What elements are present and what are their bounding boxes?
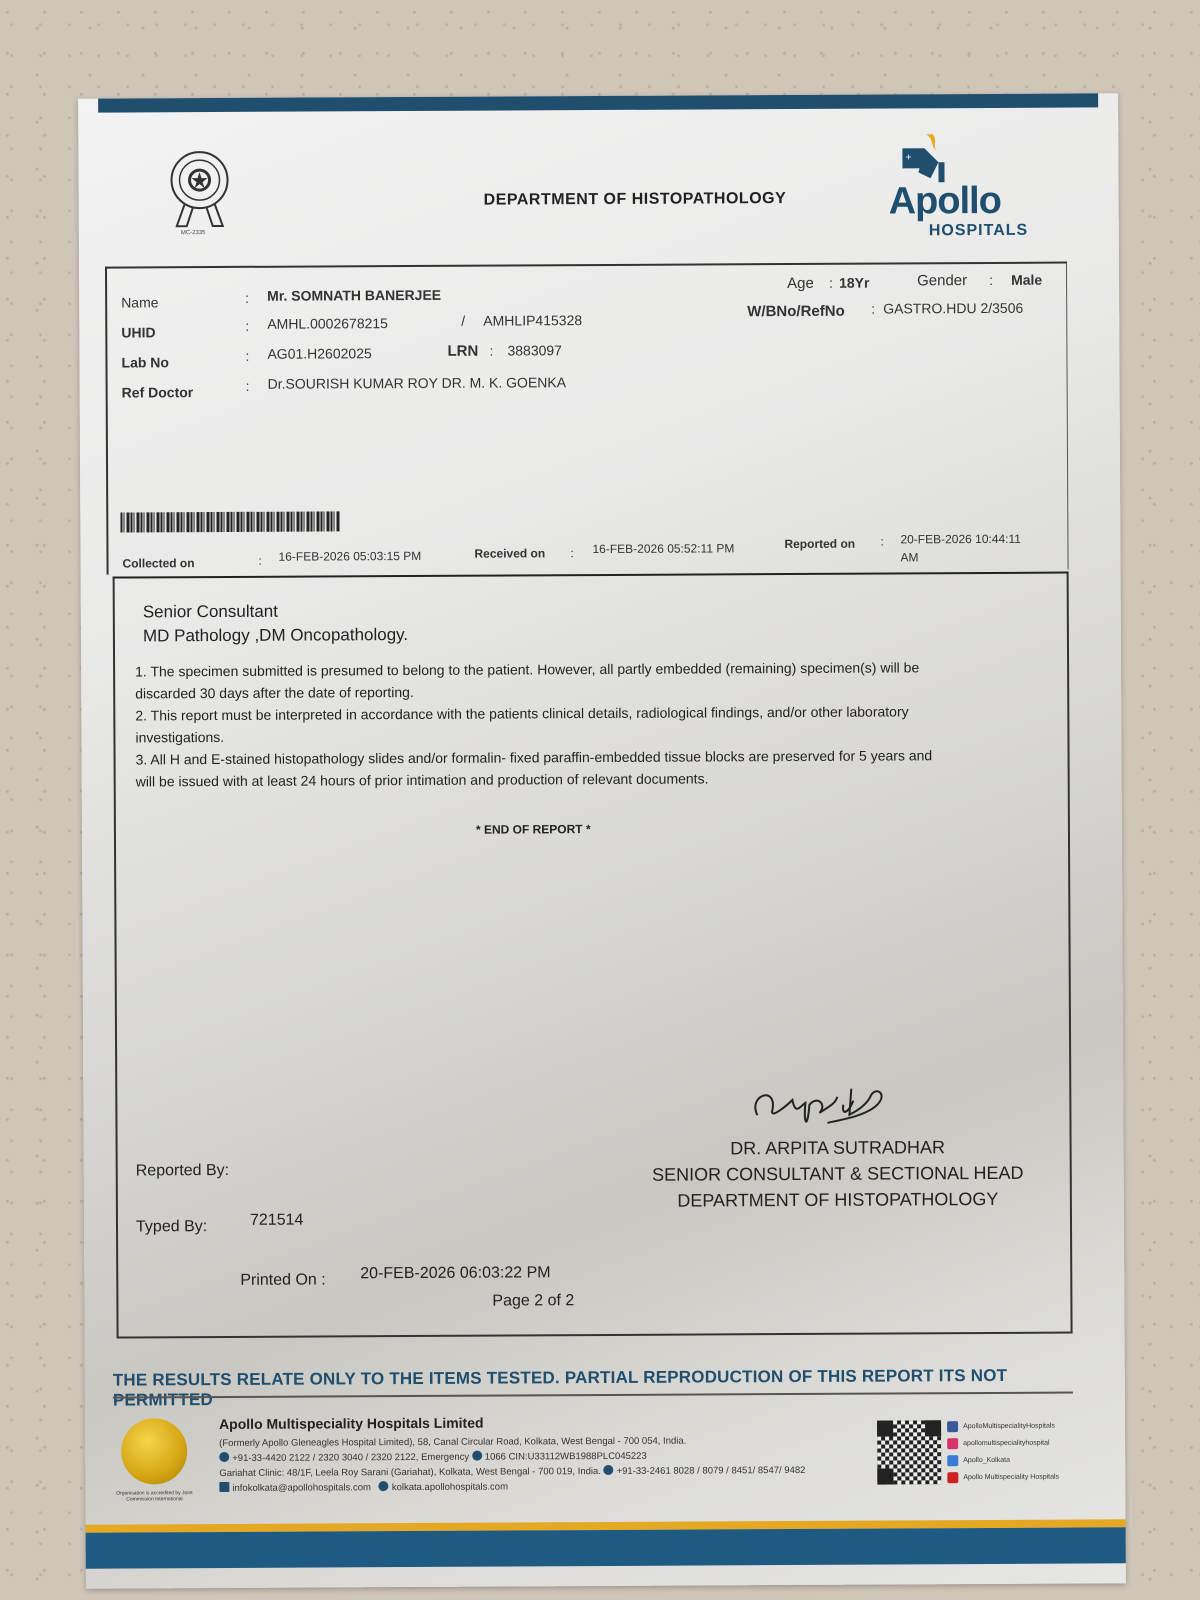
gender-value: Male <box>1011 272 1042 288</box>
instagram-icon <box>947 1438 958 1449</box>
note-2: 2. This report must be interpreted in ac… <box>135 700 935 748</box>
consultant-title: Senior Consultant <box>143 599 408 624</box>
signer-block: DR. ARPITA SUTRADHAR SENIOR CONSULTANT &… <box>638 1134 1038 1214</box>
report-notes: 1. The specimen submitted is presumed to… <box>135 656 936 792</box>
youtube-icon <box>947 1472 958 1483</box>
report-sheet: MC-2335 DEPARTMENT OF HISTOPATHOLOGY + A… <box>78 93 1126 1588</box>
clinic-phones: +91-33-2461 8028 / 8079 / 8451/ 8547/ 94… <box>617 1465 806 1477</box>
facebook-icon <box>947 1421 958 1432</box>
cin: CIN:U33112WB1988PLC045223 <box>509 1451 647 1463</box>
uhid-label: UHID <box>121 324 155 340</box>
jci-seal-icon <box>121 1418 187 1484</box>
social-youtube[interactable]: Apollo Multispeciality Hospitals <box>963 1474 1059 1482</box>
patient-details: Name : Mr. SOMNATH BANERJEE UHID : AMHL.… <box>105 262 1069 575</box>
disclaimer: THE RESULTS RELATE ONLY TO THE ITEMS TES… <box>113 1366 1073 1411</box>
patient-name: Mr. SOMNATH BANERJEE <box>267 287 441 304</box>
clinic-address: Gariahat Clinic: 48/1F, Leela Roy Sarani… <box>219 1466 601 1479</box>
website-link[interactable]: kolkata.apollohospitals.com <box>392 1482 508 1494</box>
age-value: 18Yr <box>839 275 869 291</box>
barcode <box>120 511 340 532</box>
colon: : <box>246 378 250 394</box>
social-instagram[interactable]: apollomultispecialityhospital <box>963 1440 1049 1447</box>
emergency-number: 1066 <box>485 1452 506 1463</box>
note-3: 3. All H and E-stained histopathology sl… <box>136 744 936 792</box>
colon: : <box>489 343 493 359</box>
social-twitter[interactable]: Apollo_Kolkata <box>963 1457 1010 1464</box>
ip-number: AMHLIP415328 <box>483 312 582 329</box>
received-label: Received on <box>474 546 545 560</box>
reported-by-label: Reported By: <box>136 1162 229 1180</box>
typed-by-label: Typed By: <box>136 1218 207 1236</box>
name-label: Name <box>121 294 158 310</box>
refdoc-value: Dr.SOURISH KUMAR ROY DR. M. K. GOENKA <box>268 374 567 392</box>
phone-icon <box>604 1465 614 1475</box>
qr-code <box>877 1420 941 1484</box>
globe-icon <box>379 1481 389 1491</box>
svg-text:+: + <box>905 152 911 163</box>
labno-label: Lab No <box>121 354 169 370</box>
collected-value: 16-FEB-2026 05:03:15 PM <box>278 549 421 564</box>
department-title: DEPARTMENT OF HISTOPATHOLOGY <box>484 190 787 210</box>
nabl-seal-icon <box>164 148 234 238</box>
end-of-report: * END OF REPORT * <box>476 822 591 837</box>
logo-hospitals-text: HOSPITALS <box>929 222 1028 241</box>
printed-on-value: 20-FEB-2026 06:03:22 PM <box>360 1264 550 1283</box>
social-facebook[interactable]: ApolloMultispecialityHospitals <box>963 1423 1055 1430</box>
colon: : <box>871 301 875 317</box>
received-value: 16-FEB-2026 05:52:11 PM <box>592 541 734 556</box>
bottom-blue-band <box>86 1527 1126 1568</box>
consultant-block: Senior Consultant MD Pathology ,DM Oncop… <box>143 599 408 648</box>
labno-value: AG01.H2602025 <box>267 345 371 362</box>
colon: : <box>989 272 993 288</box>
signature-icon <box>737 1074 927 1135</box>
phone-icon <box>472 1451 482 1461</box>
printed-on-label: Printed On : <box>240 1271 325 1289</box>
colon: : <box>880 535 883 549</box>
refdoc-label: Ref Doctor <box>122 384 194 400</box>
jci-text: Organisation is accredited by Joint Comm… <box>109 1490 199 1502</box>
top-band <box>98 93 1098 112</box>
colon: : <box>245 318 249 334</box>
seal-code: MC-2335 <box>181 230 206 236</box>
note-1: 1. The specimen submitted is presumed to… <box>135 656 935 704</box>
uhid-separator: / <box>461 313 465 329</box>
company-phones: +91-33-4420 2122 / 2320 3040 / 2320 2122… <box>232 1452 469 1464</box>
colon: : <box>245 348 249 364</box>
signer-title: SENIOR CONSULTANT & SECTIONAL HEAD <box>638 1160 1038 1188</box>
age-label: Age <box>787 275 814 292</box>
apollo-mark-icon: + <box>896 132 956 187</box>
lrn-label: LRN <box>447 343 478 360</box>
apollo-logo: + Apollo HOSPITALS <box>888 132 1049 243</box>
gender-label: Gender <box>917 272 967 289</box>
uhid-value: AMHL.0002678215 <box>267 315 388 332</box>
colon: : <box>258 554 261 568</box>
wb-label: W/BNo/RefNo <box>747 303 845 321</box>
colon: : <box>829 275 833 291</box>
email-link[interactable]: infokolkata@apollohospitals.com <box>232 1482 371 1494</box>
colon: : <box>245 290 249 306</box>
consultant-qualification: MD Pathology ,DM Oncopathology. <box>143 623 408 648</box>
signer-department: DEPARTMENT OF HISTOPATHOLOGY <box>638 1186 1038 1214</box>
reported-label: Reported on <box>784 537 855 551</box>
wb-value: GASTRO.HDU 2/3506 <box>883 300 1023 317</box>
social-links: ApolloMultispecialityHospitals apollomul… <box>947 1418 1059 1487</box>
report-body: Senior Consultant MD Pathology ,DM Oncop… <box>113 572 1073 1339</box>
lrn-value: 3883097 <box>507 342 562 358</box>
email-icon <box>219 1482 229 1492</box>
typed-by-value: 721514 <box>250 1212 303 1230</box>
phone-icon <box>219 1452 229 1462</box>
company-info: Apollo Multispeciality Hospitals Limited… <box>219 1413 869 1496</box>
reported-value: 20-FEB-2026 10:44:11 AM <box>900 530 1030 567</box>
colon: : <box>570 546 573 560</box>
signer-name: DR. ARPITA SUTRADHAR <box>638 1134 1038 1162</box>
logo-apollo-text: Apollo <box>889 180 1001 224</box>
company-name: Apollo Multispeciality Hospitals Limited <box>219 1413 869 1432</box>
twitter-icon <box>947 1455 958 1466</box>
collected-label: Collected on <box>123 556 195 570</box>
page-number: Page 2 of 2 <box>492 1292 574 1310</box>
